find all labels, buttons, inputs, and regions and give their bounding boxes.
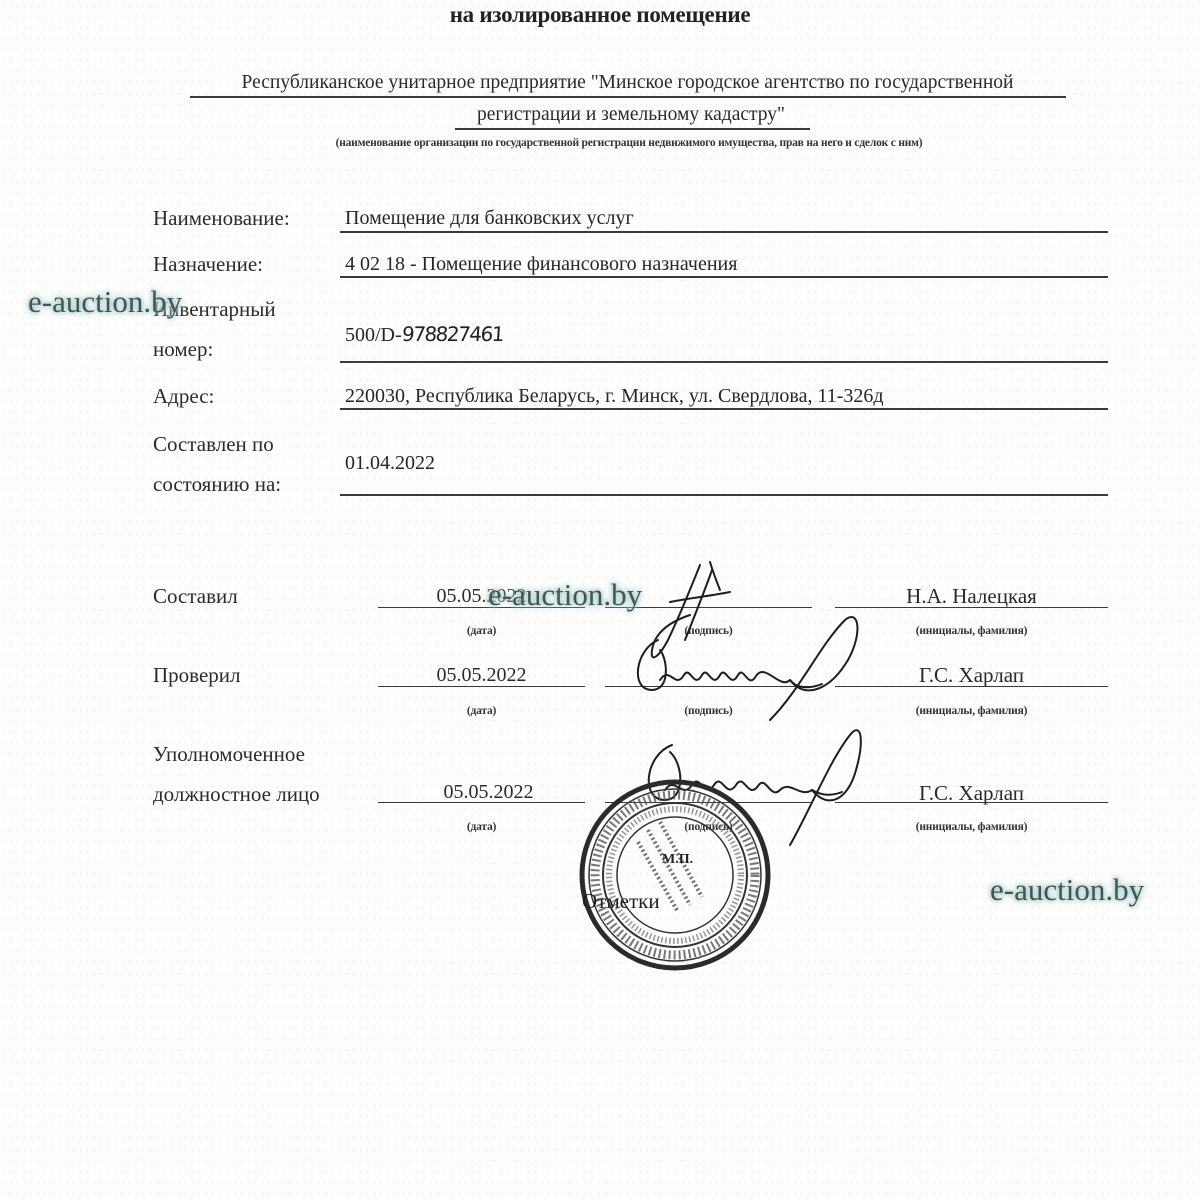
as-of-label-line1: Составлен по	[153, 432, 274, 457]
purpose-label: Назначение:	[153, 252, 263, 277]
checked-signature-rule	[605, 686, 812, 687]
purpose-rule	[340, 276, 1108, 278]
as-of-label-line2: состоянию на:	[153, 472, 281, 497]
address-value: 220030, Республика Беларусь, г. Минск, у…	[345, 385, 884, 408]
authorized-name-caption: (инициалы, фамилия)	[835, 821, 1108, 833]
authorized-signature-rule	[605, 802, 812, 803]
authorized-label-line1: Уполномоченное	[153, 742, 305, 767]
watermark-right: e-auction.by	[990, 872, 1144, 908]
watermark-left: e-auction.by	[28, 284, 182, 320]
checked-label: Проверил	[153, 663, 241, 688]
compiled-name-caption: (инициалы, фамилия)	[835, 625, 1108, 637]
inventory-label-line2: номер:	[153, 337, 213, 362]
as-of-rule	[340, 494, 1108, 496]
checked-date: 05.05.2022	[378, 664, 585, 687]
name-rule	[340, 231, 1108, 233]
organization-name-line2: регистрации и земельному кадастру"	[0, 104, 1200, 126]
watermark-center: e-auction.by	[488, 577, 642, 613]
compiled-signature-caption: (подпись)	[605, 625, 812, 637]
organization-caption: (наименование организации по государстве…	[0, 137, 1200, 149]
checked-name-caption: (инициалы, фамилия)	[835, 705, 1108, 717]
authorized-date: 05.05.2022	[385, 781, 592, 804]
name-label: Наименование:	[153, 206, 290, 231]
inventory-value-prefix: 500/D-	[345, 324, 402, 346]
compiled-name: Н.А. Налецкая	[835, 584, 1108, 609]
organization-underline-1	[190, 96, 1066, 98]
organization-underline-2	[455, 128, 810, 130]
inventory-rule	[340, 361, 1108, 363]
compiled-label: Составил	[153, 584, 238, 609]
authorized-label-line2: должностное лицо	[153, 782, 320, 807]
inventory-value: 500/D-978827461	[345, 322, 503, 347]
checked-date-caption: (дата)	[378, 705, 585, 717]
checked-name-rule	[835, 686, 1108, 687]
document-title: на изолированное помещение	[0, 2, 1200, 28]
notes-label: Отметки	[582, 889, 660, 914]
as-of-value: 01.04.2022	[345, 452, 435, 475]
address-label: Адрес:	[153, 384, 214, 409]
compiled-date-caption: (дата)	[378, 625, 585, 637]
stamp-seal-mark: М.П.	[662, 852, 693, 868]
checked-date-rule	[378, 686, 585, 687]
official-stamp-icon	[582, 782, 768, 968]
purpose-value: 4 02 18 - Помещение финансового назначен…	[345, 253, 737, 276]
authorized-signature-caption: (подпись)	[605, 821, 812, 833]
signature-compiled-icon	[652, 562, 730, 657]
organization-name-line1: Республиканское унитарное предприятие "М…	[0, 72, 1200, 94]
name-value: Помещение для банковских услуг	[345, 207, 634, 230]
address-rule	[340, 408, 1108, 410]
inventory-value-handwritten: 978827461	[401, 322, 504, 346]
compiled-name-rule	[835, 607, 1108, 608]
authorized-date-caption: (дата)	[378, 821, 585, 833]
authorized-name-rule	[835, 802, 1108, 803]
authorized-date-rule	[378, 802, 585, 803]
checked-name: Г.С. Харлап	[835, 663, 1108, 688]
checked-signature-caption: (подпись)	[605, 705, 812, 717]
